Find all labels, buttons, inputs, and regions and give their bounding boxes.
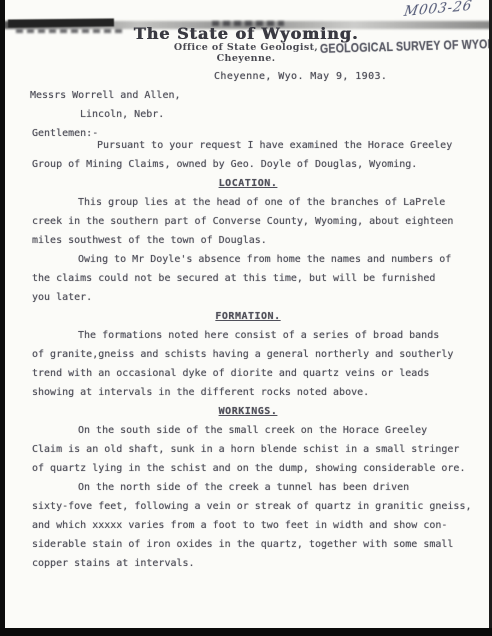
letter-line: Lincoln, Nebr. bbox=[28, 105, 478, 124]
letter-line: siderable stain of iron oxides in the qu… bbox=[28, 535, 478, 554]
letter-line: the claims could not be secured at this … bbox=[28, 269, 478, 288]
document-page: M003-26 The State of Wyoming. Office of … bbox=[0, 0, 492, 636]
section-heading: FORMATION. bbox=[28, 307, 478, 326]
scanned-letter-page: { "annotation": { "code": "M003-26" }, "… bbox=[0, 0, 492, 636]
letter-line: This group lies at the head of one of th… bbox=[28, 193, 478, 212]
letter-body: Messrs Worrell and Allen,Lincoln, Nebr.G… bbox=[28, 86, 478, 573]
section-heading: LOCATION. bbox=[28, 174, 478, 193]
scan-edge-left bbox=[0, 0, 5, 636]
letter-line: showing at intervals in the different ro… bbox=[28, 383, 478, 402]
letter-line: On the north side of the creek a tunnel … bbox=[28, 478, 478, 497]
letter-line: of quartz lying in the schist and on the… bbox=[28, 459, 478, 478]
letter-line: you later. bbox=[28, 288, 478, 307]
letter-line: sixty-fove feet, following a vein or str… bbox=[28, 497, 478, 516]
letter-line: copper stains at intervals. bbox=[28, 554, 478, 573]
dateline: Cheyenne, Wyo. May 9, 1903. bbox=[214, 71, 387, 82]
letter-line: Claim is an old shaft, sunk in a horn bl… bbox=[28, 440, 478, 459]
letter-line: and which xxxxx varies from a foot to tw… bbox=[28, 516, 478, 535]
handwritten-archive-code: M003-26 bbox=[403, 0, 491, 20]
scan-edge-bottom bbox=[0, 628, 492, 636]
letter-line: On the south side of the small creek on … bbox=[28, 421, 478, 440]
section-heading: WORKINGS. bbox=[28, 402, 478, 421]
letter-line: trend with an occasional dyke of diorite… bbox=[28, 364, 478, 383]
letter-line: of granite,gneiss and schists having a g… bbox=[28, 345, 478, 364]
letter-line: miles southwest of the town of Douglas. bbox=[28, 231, 478, 250]
letterhead-city-line: Cheyenne. bbox=[0, 53, 492, 64]
letter-line: Group of Mining Claims, owned by Geo. Do… bbox=[28, 155, 478, 174]
letter-line: Messrs Worrell and Allen, bbox=[28, 86, 478, 105]
letter-line: The formations noted here consist of a s… bbox=[28, 326, 478, 345]
letter-line: Owing to Mr Doyle's absence from home th… bbox=[28, 250, 478, 269]
letter-line: creek in the southern part of Converse C… bbox=[28, 212, 478, 231]
